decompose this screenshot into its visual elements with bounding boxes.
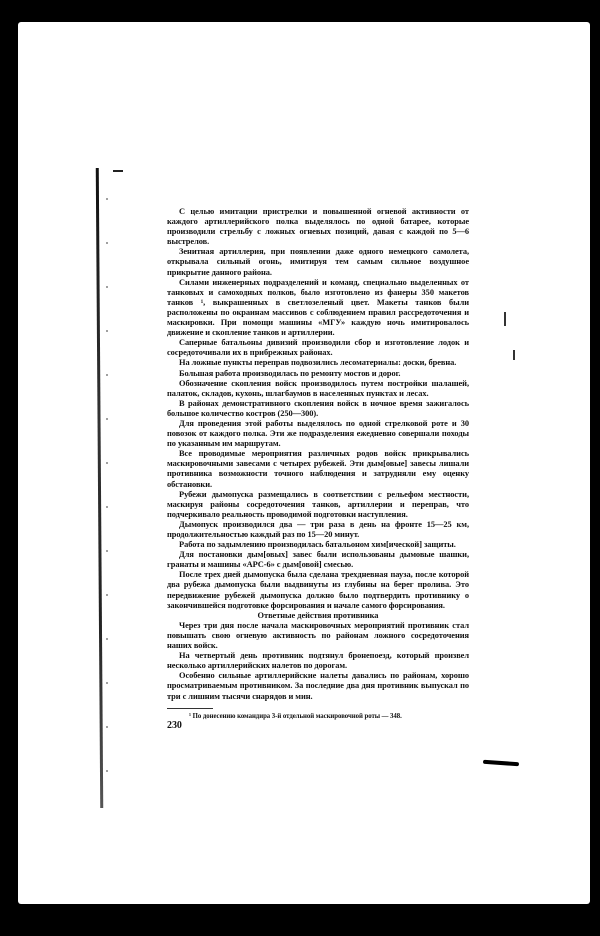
paragraph: Для постановки дым[овых] завес были испо…: [167, 550, 469, 570]
paragraph: Работа по задымлению производилась батал…: [167, 540, 469, 550]
scan-specks: [106, 180, 108, 780]
paragraph: На ложные пункты переправ подвозились ле…: [167, 358, 469, 368]
paragraph: Саперные батальоны дивизий производили с…: [167, 338, 469, 358]
paragraph: Рубежи дымопуска размещались в соответст…: [167, 490, 469, 520]
paragraph: На четвертый день противник подтянул бро…: [167, 651, 469, 671]
footnote-divider: [167, 708, 213, 709]
paragraph: Дымопуск производился два — три раза в д…: [167, 520, 469, 540]
paragraph: Через три дня после начала маскировочных…: [167, 621, 469, 651]
page-number: 230: [167, 721, 469, 731]
paragraph: Особенно сильные артиллерийские налеты д…: [167, 671, 469, 701]
scan-mark: [513, 350, 515, 360]
paragraph: Силами инженерных подразделений и команд…: [167, 278, 469, 339]
paragraph: Большая работа производилась по ремонту …: [167, 369, 469, 379]
paragraph: Все проводимые мероприятия различных род…: [167, 449, 469, 489]
paragraph: Зенитная артиллерия, при появлении даже …: [167, 247, 469, 277]
section-heading: Ответные действия противника: [167, 611, 469, 621]
paragraph: С целью имитации пристрелки и повышенной…: [167, 207, 469, 247]
paragraph: В районах демонстративного скопления вой…: [167, 399, 469, 419]
paragraph: Для проведения этой работы выделялось по…: [167, 419, 469, 449]
footnote: ¹ По донесению командира 3-й отдельной м…: [167, 712, 469, 721]
document-body: С целью имитации пристрелки и повышенной…: [167, 207, 469, 731]
scan-mark: [113, 170, 123, 172]
scan-mark: [504, 312, 506, 326]
paragraph: Обозначение скопления войск производилос…: [167, 379, 469, 399]
paragraph: После трех дней дымопуска была сделана т…: [167, 570, 469, 610]
